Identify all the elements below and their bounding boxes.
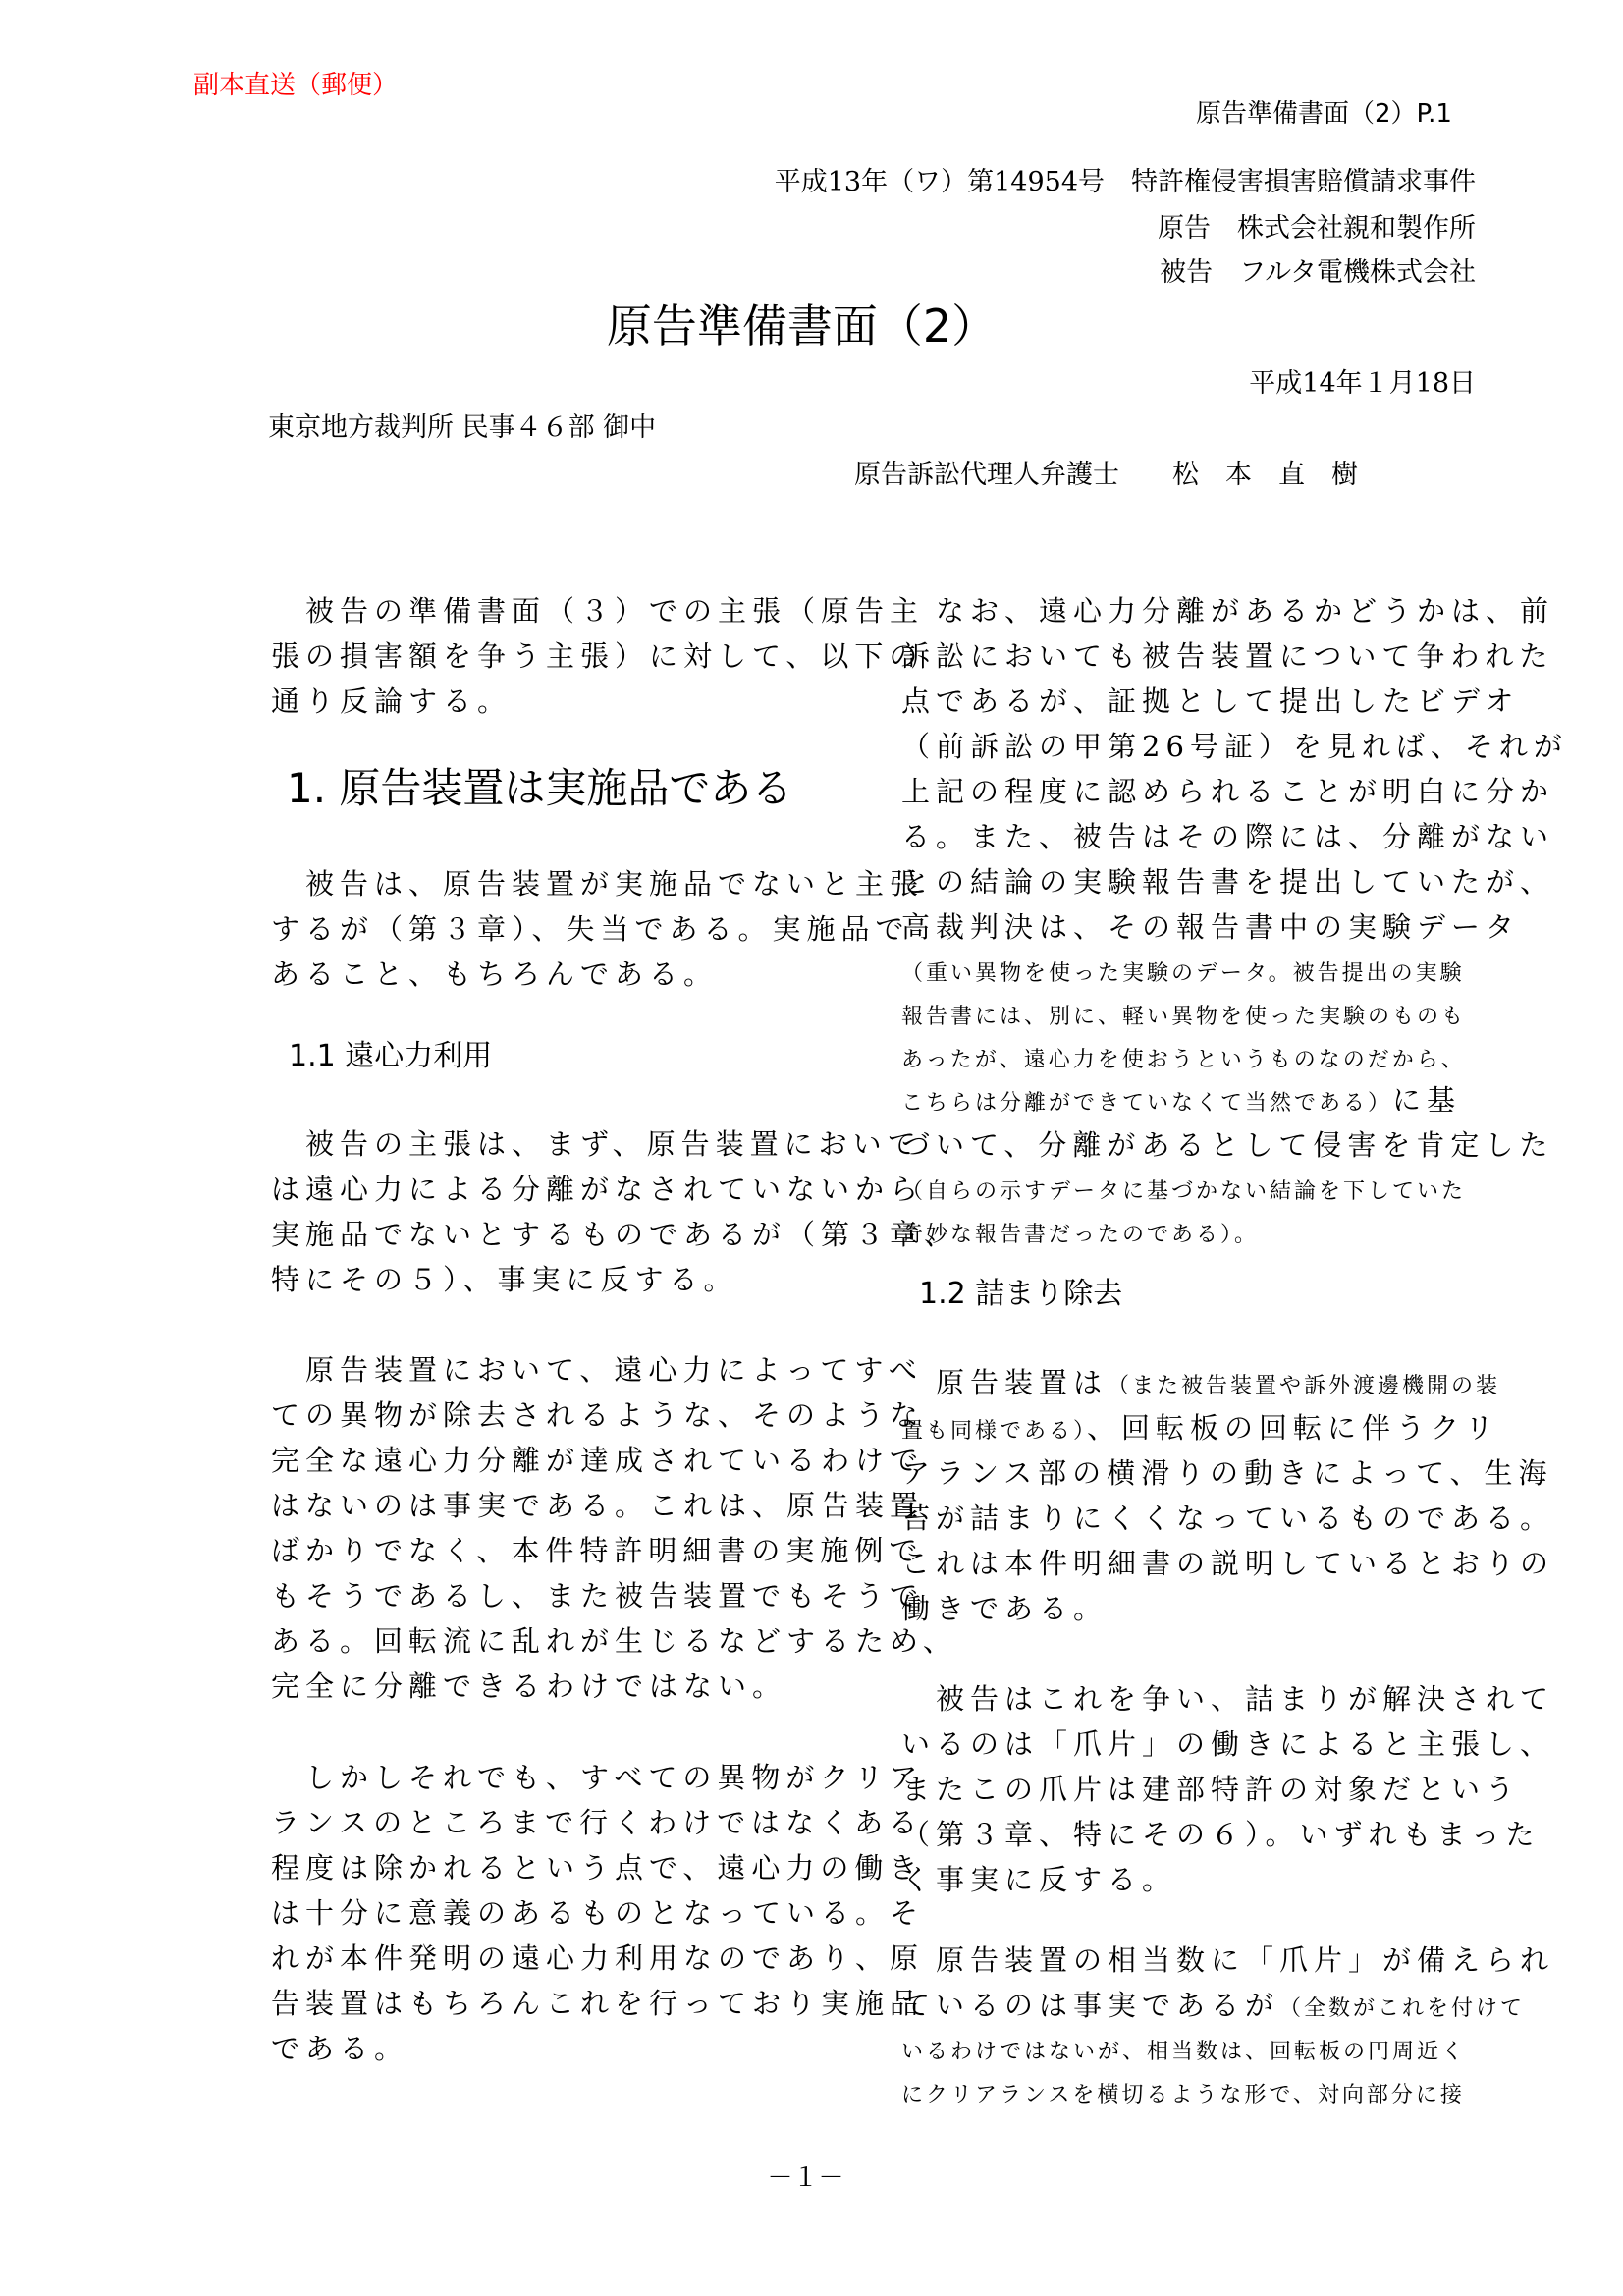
document-title: 原告準備書面（2） [0,300,1613,353]
note-segment: こちらは分離ができていなくて当然である） [901,1091,1392,1116]
text-line: アランス部の横滑りの動きによって、生海 [901,1456,1553,1490]
text-line: しかしそれでも、すべての異物がクリア [271,1761,923,1794]
text-line: 上記の程度に認められることが明白に分か [901,775,1554,808]
mixed-line: 置も同様である）、回転板の回転に伴うクリ [901,1411,1499,1449]
text-line: は十分に意義のあるものとなっている。そ [271,1896,924,1930]
mixed-line: ているのは事実であるが（全数がこれを付けて [901,1989,1525,2026]
plaintiff: 原告 株式会社親和製作所 [1158,213,1476,245]
text-line: 原告装置の相当数に「爪片」が備えられ [901,1943,1554,1977]
text-line: 被告の準備書面（３）での主張（原告主 [271,594,924,628]
document-date: 平成14年１月18日 [1249,368,1476,400]
text-line: づいて、分離があるとして侵害を肯定した [901,1128,1553,1162]
text-line: 被告は、原告装置が実施品でないと主張 [271,867,924,901]
text-line: またこの爪片は建部特許の対象だという [901,1773,1520,1806]
text-line: 特にその５）、事実に反する。 [271,1263,738,1296]
section-heading-1: 1. 原告装置は実施品である [287,764,792,813]
note-line: いるわけではないが、相当数は、回転板の円周近く [901,2036,1466,2069]
text-line: ばかりでなく、本件特許明細書の実施例で [271,1534,923,1567]
running-title: 原告準備書面（2）P.1 [1196,99,1452,129]
text-line: 働きである。 [901,1592,1108,1625]
text-line: これは本件明細書の説明しているとおりの [901,1547,1554,1580]
text-line: 程度は除かれるという点で、遠心力の働き [271,1851,923,1885]
text-line: は遠心力による分離がなされていないから [271,1173,924,1206]
text-line: である。 [271,2032,408,2065]
text-line: 通り反論する。 [271,684,512,718]
text-line: 苔が詰まりにくくなっているものである。 [901,1502,1554,1535]
attorney-signature: 原告訴訟代理人弁護士 松 本 直 樹 [854,460,1358,491]
text-line: はないのは事実である。これは、原告装置 [271,1489,924,1522]
mixed-line: 原告装置は（また被告装置や訴外渡邊機開の装 [901,1366,1500,1403]
text-line: あること、もちろんである。 [271,957,718,991]
text-line: （第３章、特にその６）。いずれもまった [901,1818,1541,1851]
note-segment: 置も同様である） [901,1419,1087,1444]
text-line: 訴訟においても被告装置について争われた [901,639,1553,673]
text-line: 被告はこれを争い、詰まりが解決されて [901,1682,1554,1716]
copy-stamp: 副本直送（郵便） [193,71,398,100]
section-heading-1-2: 1.2 詰まり除去 [919,1277,1122,1312]
text-line: もそうであるし、また被告装置でもそうで [271,1579,924,1613]
text-line: ランスのところまで行くわけではなくある [271,1806,923,1839]
text-line: するが（第３章）、失当である。実施品で [271,912,910,946]
note-line: （重い異物を使った実験のデータ。被告提出の実験 [901,957,1465,991]
note-line: にクリアランスを横切るような形で、対向部分に接 [901,2079,1465,2112]
text-line: いるのは「爪片」の働きによると主張し、 [901,1727,1554,1761]
text-line: 告装置はもちろんこれを行っており実施品 [271,1987,924,2020]
note-line: あったが、遠心力を使おうというものなのだから、 [901,1044,1466,1077]
note-line: （自らの示すデータに基づかない結論を下していた [901,1175,1466,1209]
text-segment: ているのは事実であるが [901,1989,1279,2022]
text-segment: に基 [1392,1083,1461,1117]
note-line: 奇妙な報告書だったのである）。 [901,1219,1259,1252]
text-segment: 、回転板の回転に伴うクリ [1087,1411,1499,1445]
text-segment: 原告装置は [901,1366,1108,1399]
text-line: 張の損害額を争う主張）に対して、以下の [271,639,923,673]
text-line: 被告の主張は、まず、原告装置において [271,1127,922,1161]
text-line: く事実に反する。 [901,1863,1176,1896]
note-segment: （全数がこれを付けて [1279,1996,1525,2021]
page-number: －１－ [0,2163,1617,2193]
text-line: 完全な遠心力分離が達成されているわけで [271,1444,924,1477]
text-line: 高裁判決は、その報告書中の実験データ [901,910,1520,944]
section-heading-1-1: 1.1 遠心力利用 [289,1039,492,1074]
defendant: 被告 フルタ電機株式会社 [1160,257,1476,289]
mixed-line: こちらは分離ができていなくて当然である）に基 [901,1083,1461,1121]
text-line: る。また、被告はその際には、分離がない [901,820,1554,853]
text-line: ある。回転流に乱れが生じるなどするため、 [271,1624,957,1658]
text-line: なお、遠心力分離があるかどうかは、前 [901,594,1554,628]
text-line: との結論の実験報告書を提出していたが、 [901,865,1554,899]
text-line: ての異物が除去されるような、そのような [271,1398,924,1432]
note-segment: （また被告装置や訴外渡邊機開の装 [1108,1374,1500,1398]
text-line: 原告装置において、遠心力によってすべ [271,1353,923,1387]
text-line: 完全に分離できるわけではない。 [271,1669,786,1703]
court-addressee: 東京地方裁判所 民事４６部 御中 [268,412,656,444]
text-line: （前訴訟の甲第26号証）を見れば、それが [901,730,1568,763]
text-line: れが本件発明の遠心力利用なのであり、原 [271,1941,924,1975]
text-line: 実施品でないとするものであるが（第３章、 [271,1218,958,1251]
note-line: 報告書には、別に、軽い異物を使った実験のものも [901,1001,1466,1034]
text-line: 点であるが、証拠として提出したビデオ [901,684,1519,718]
case-number: 平成13年（ワ）第14954号 特許権侵害損害賠償請求事件 [775,167,1476,198]
